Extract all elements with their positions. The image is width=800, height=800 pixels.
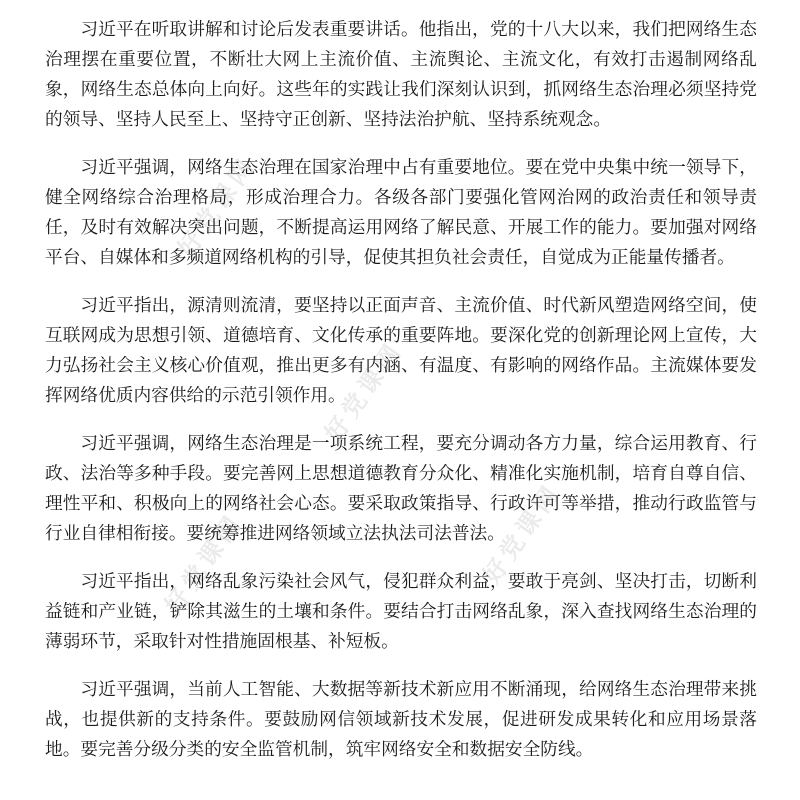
document-page: 好党课网好党课网好党课网好党课网 习近平在听取讲解和讨论后发表重要讲话。他指出，… — [0, 0, 800, 800]
paragraph: 习近平强调，网络生态治理在国家治理中占有重要地位。要在党中央集中统一领导下，健全… — [45, 152, 757, 272]
paragraph: 习近平指出，源清则流清，要坚持以正面声音、主流价值、时代新风塑造网络空间，使互联… — [45, 290, 757, 410]
paragraph: 习近平强调，当前人工智能、大数据等新技术新应用不断涌现，给网络生态治理带来挑战，… — [45, 674, 757, 764]
paragraph: 习近平在听取讲解和讨论后发表重要讲话。他指出，党的十八大以来，我们把网络生态治理… — [45, 14, 757, 134]
article-body: 习近平在听取讲解和讨论后发表重要讲话。他指出，党的十八大以来，我们把网络生态治理… — [45, 14, 757, 764]
paragraph: 习近平强调，网络生态治理是一项系统工程，要充分调动各方力量，综合运用教育、行政、… — [45, 428, 757, 548]
paragraph: 习近平指出，网络乱象污染社会风气，侵犯群众利益，要敢于亮剑、坚决打击，切断利益链… — [45, 566, 757, 656]
